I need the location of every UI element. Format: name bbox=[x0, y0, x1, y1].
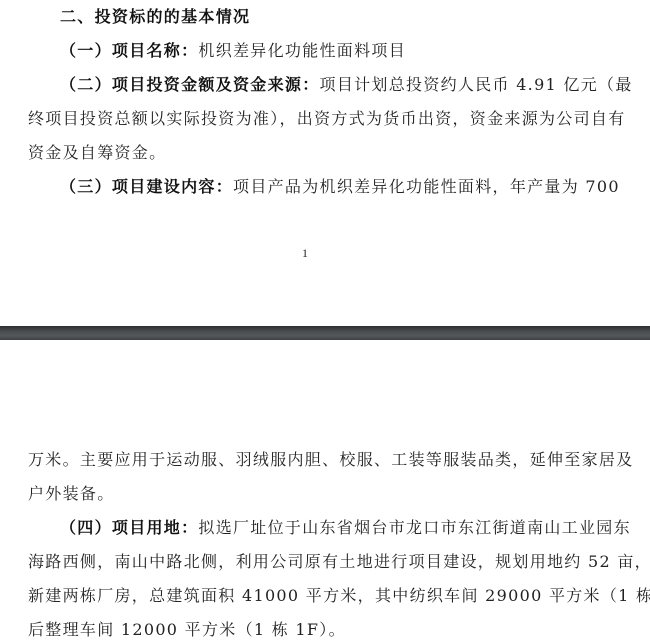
item3-label: （三）项目建设内容： bbox=[60, 177, 233, 196]
item2-paragraph-line1: （二）项目投资金额及资金来源：项目计划总投资约人民币 4.91 亿元（最 bbox=[60, 75, 633, 95]
item2-paragraph-line2: 终项目投资总额以实际投资为准），出资方式为货币出资，资金来源为公司自有 bbox=[28, 109, 626, 129]
item4-label: （四）项目用地： bbox=[60, 518, 198, 537]
item4-paragraph-line3: 新建两栋厂房，总建筑面积 41000 平方米，其中纺织车间 29000 平方米（… bbox=[28, 586, 650, 606]
item3-text: 项目产品为机织差异化功能性面料，年产量为 700 bbox=[233, 177, 620, 196]
page-separator bbox=[0, 326, 650, 340]
page-number: 1 bbox=[302, 246, 308, 261]
item3-continued-line2: 户外装备。 bbox=[28, 484, 115, 504]
item1-text: 机织差异化功能性面料项目 bbox=[198, 41, 406, 60]
item4-paragraph-line4: 后整理车间 12000 平方米（1 栋 1F）。 bbox=[28, 620, 346, 640]
item4-paragraph-line1: （四）项目用地：拟选厂址位于山东省烟台市龙口市东江街道南山工业园东 bbox=[60, 518, 631, 538]
item1-paragraph: （一）项目名称：机织差异化功能性面料项目 bbox=[60, 41, 406, 61]
document-page-2: 万米。主要应用于运动服、羽绒服内胆、校服、工装等服装品类，延伸至家居及 户外装备… bbox=[0, 340, 650, 644]
item2-text: 项目计划总投资约人民币 4.91 亿元（最 bbox=[320, 75, 633, 94]
item4-paragraph-line2: 海路西侧，南山中路北侧，利用公司原有土地进行项目建设，规划用地约 52 亩， bbox=[28, 552, 650, 572]
section-heading: 二、投资标的的基本情况 bbox=[60, 7, 250, 27]
item3-continued-line1: 万米。主要应用于运动服、羽绒服内胆、校服、工装等服装品类，延伸至家居及 bbox=[28, 450, 634, 470]
document-page-1: 二、投资标的的基本情况 （一）项目名称：机织差异化功能性面料项目 （二）项目投资… bbox=[0, 0, 650, 326]
item2-paragraph-line3: 资金及自筹资金。 bbox=[28, 143, 166, 163]
item3-paragraph-line1: （三）项目建设内容：项目产品为机织差异化功能性面料，年产量为 700 bbox=[60, 177, 620, 197]
item1-label: （一）项目名称： bbox=[60, 41, 198, 60]
item2-label: （二）项目投资金额及资金来源： bbox=[60, 75, 320, 94]
item4-text: 拟选厂址位于山东省烟台市龙口市东江街道南山工业园东 bbox=[198, 518, 631, 537]
